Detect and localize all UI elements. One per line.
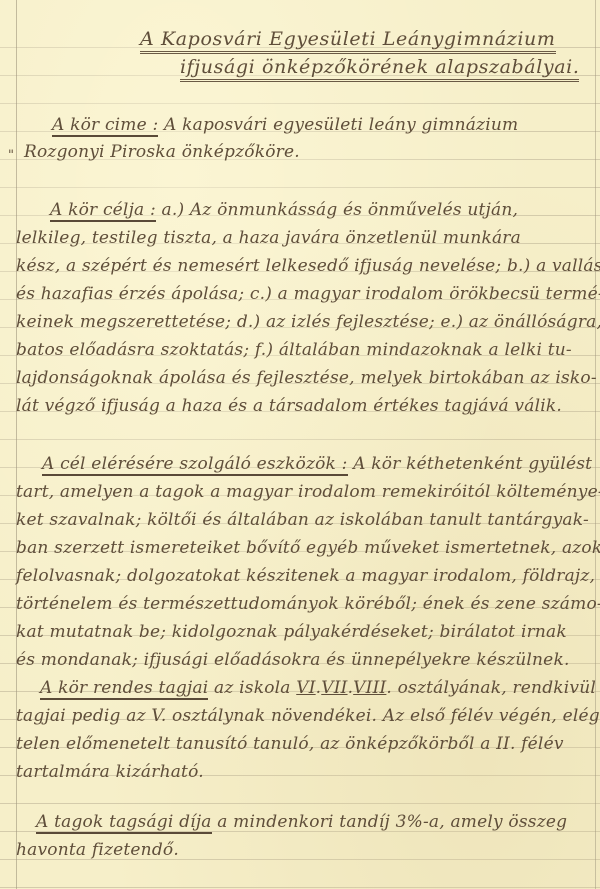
section-fee-heading: A tagok tagsági díja — [36, 812, 212, 834]
members-line: tartalmára kizárható. — [16, 762, 204, 782]
members-line: tagjai pedig az V. osztálynak növendékei… — [16, 706, 600, 726]
members-text: az iskola — [208, 678, 296, 698]
section-means-heading: A cél elérésére szolgáló eszközök : — [42, 454, 348, 476]
section-purpose-heading: A kör célja : — [50, 200, 156, 222]
section-name-text: A kaposvári egyesületi leány gimnázium — [158, 115, 518, 135]
members-text: . osztályának, rendkivül — [386, 678, 596, 698]
means-line: tart, amelyen a tagok a magyar irodalom … — [16, 482, 600, 502]
fee-text: a mindenkori tandíj 3%-a, amely összeg — [212, 812, 568, 832]
section-name-line-2: Rozgonyi Piroska önképzőköre. — [24, 142, 300, 162]
ditto-mark: " — [8, 148, 14, 163]
roman-numeral: VII — [321, 678, 347, 698]
title-text-1: A Kaposvári Egyesületi Leánygimnázium — [140, 28, 556, 54]
roman-numeral: VI — [296, 678, 315, 698]
section-purpose-line-1: A kör célja : a.) Az önmunkásság és önmű… — [50, 200, 518, 220]
section-name-heading: A kör cime : — [52, 115, 158, 137]
title-text-2: ifjusági önképzőkörének alapszabályai. — [180, 56, 579, 82]
means-line: és mondanak; ifjusági előadásokra és ünn… — [16, 650, 570, 670]
members-line: telen előmenetelt tanusító tanuló, az ön… — [16, 734, 564, 754]
purpose-line: keinek megszerettetése; d.) az izlés fej… — [16, 312, 600, 332]
purpose-line: lelkileg, testileg tiszta, a haza javára… — [16, 228, 521, 248]
document-title-line-2: ifjusági önképzőkörének alapszabályai. — [180, 57, 579, 77]
means-line: kat mutatnak be; kidolgoznak pályakérdés… — [16, 622, 567, 642]
document-title-line-1: A Kaposvári Egyesületi Leánygimnázium — [140, 29, 556, 49]
means-line: történelem és természettudományok körébő… — [16, 594, 600, 614]
section-fee-line-1: A tagok tagsági díja a mindenkori tandíj… — [36, 812, 567, 832]
means-line: felolvasnak; dolgozatokat készitenek a m… — [16, 566, 595, 586]
means-text: A kör kéthetenként gyülést — [348, 454, 593, 474]
means-line: ban szerzett ismereteiket bővítő egyéb m… — [16, 538, 600, 558]
purpose-line: lát végző ifjuság a haza és a társadalom… — [16, 396, 562, 416]
purpose-line: batos előadásra szoktatás; f.) általában… — [16, 340, 572, 360]
left-margin-rule — [16, 0, 17, 889]
purpose-line: és hazafias érzés ápolása; c.) a magyar … — [16, 284, 600, 304]
purpose-line: lajdonságoknak ápolása és fejlesztése, m… — [16, 368, 597, 388]
right-margin-rule — [595, 0, 596, 889]
fee-line: havonta fizetendő. — [16, 840, 179, 860]
section-members-heading: A kör rendes tagjai — [40, 678, 208, 700]
section-name-line-1: A kör cime : A kaposvári egyesületi leán… — [52, 115, 518, 135]
handwritten-page: A Kaposvári Egyesületi Leánygimnázium if… — [0, 0, 600, 889]
roman-numeral: VIII — [353, 678, 386, 698]
section-members-line-1: A kör rendes tagjai az iskola VI.VII.VII… — [40, 678, 596, 698]
purpose-line: kész, a szépért és nemesért lelkesedő if… — [16, 256, 600, 276]
purpose-text: a.) Az önmunkásság és önművelés utján, — [156, 200, 518, 220]
section-means-line-1: A cél elérésére szolgáló eszközök : A kö… — [42, 454, 592, 474]
means-line: ket szavalnak; költői és általában az is… — [16, 510, 589, 530]
